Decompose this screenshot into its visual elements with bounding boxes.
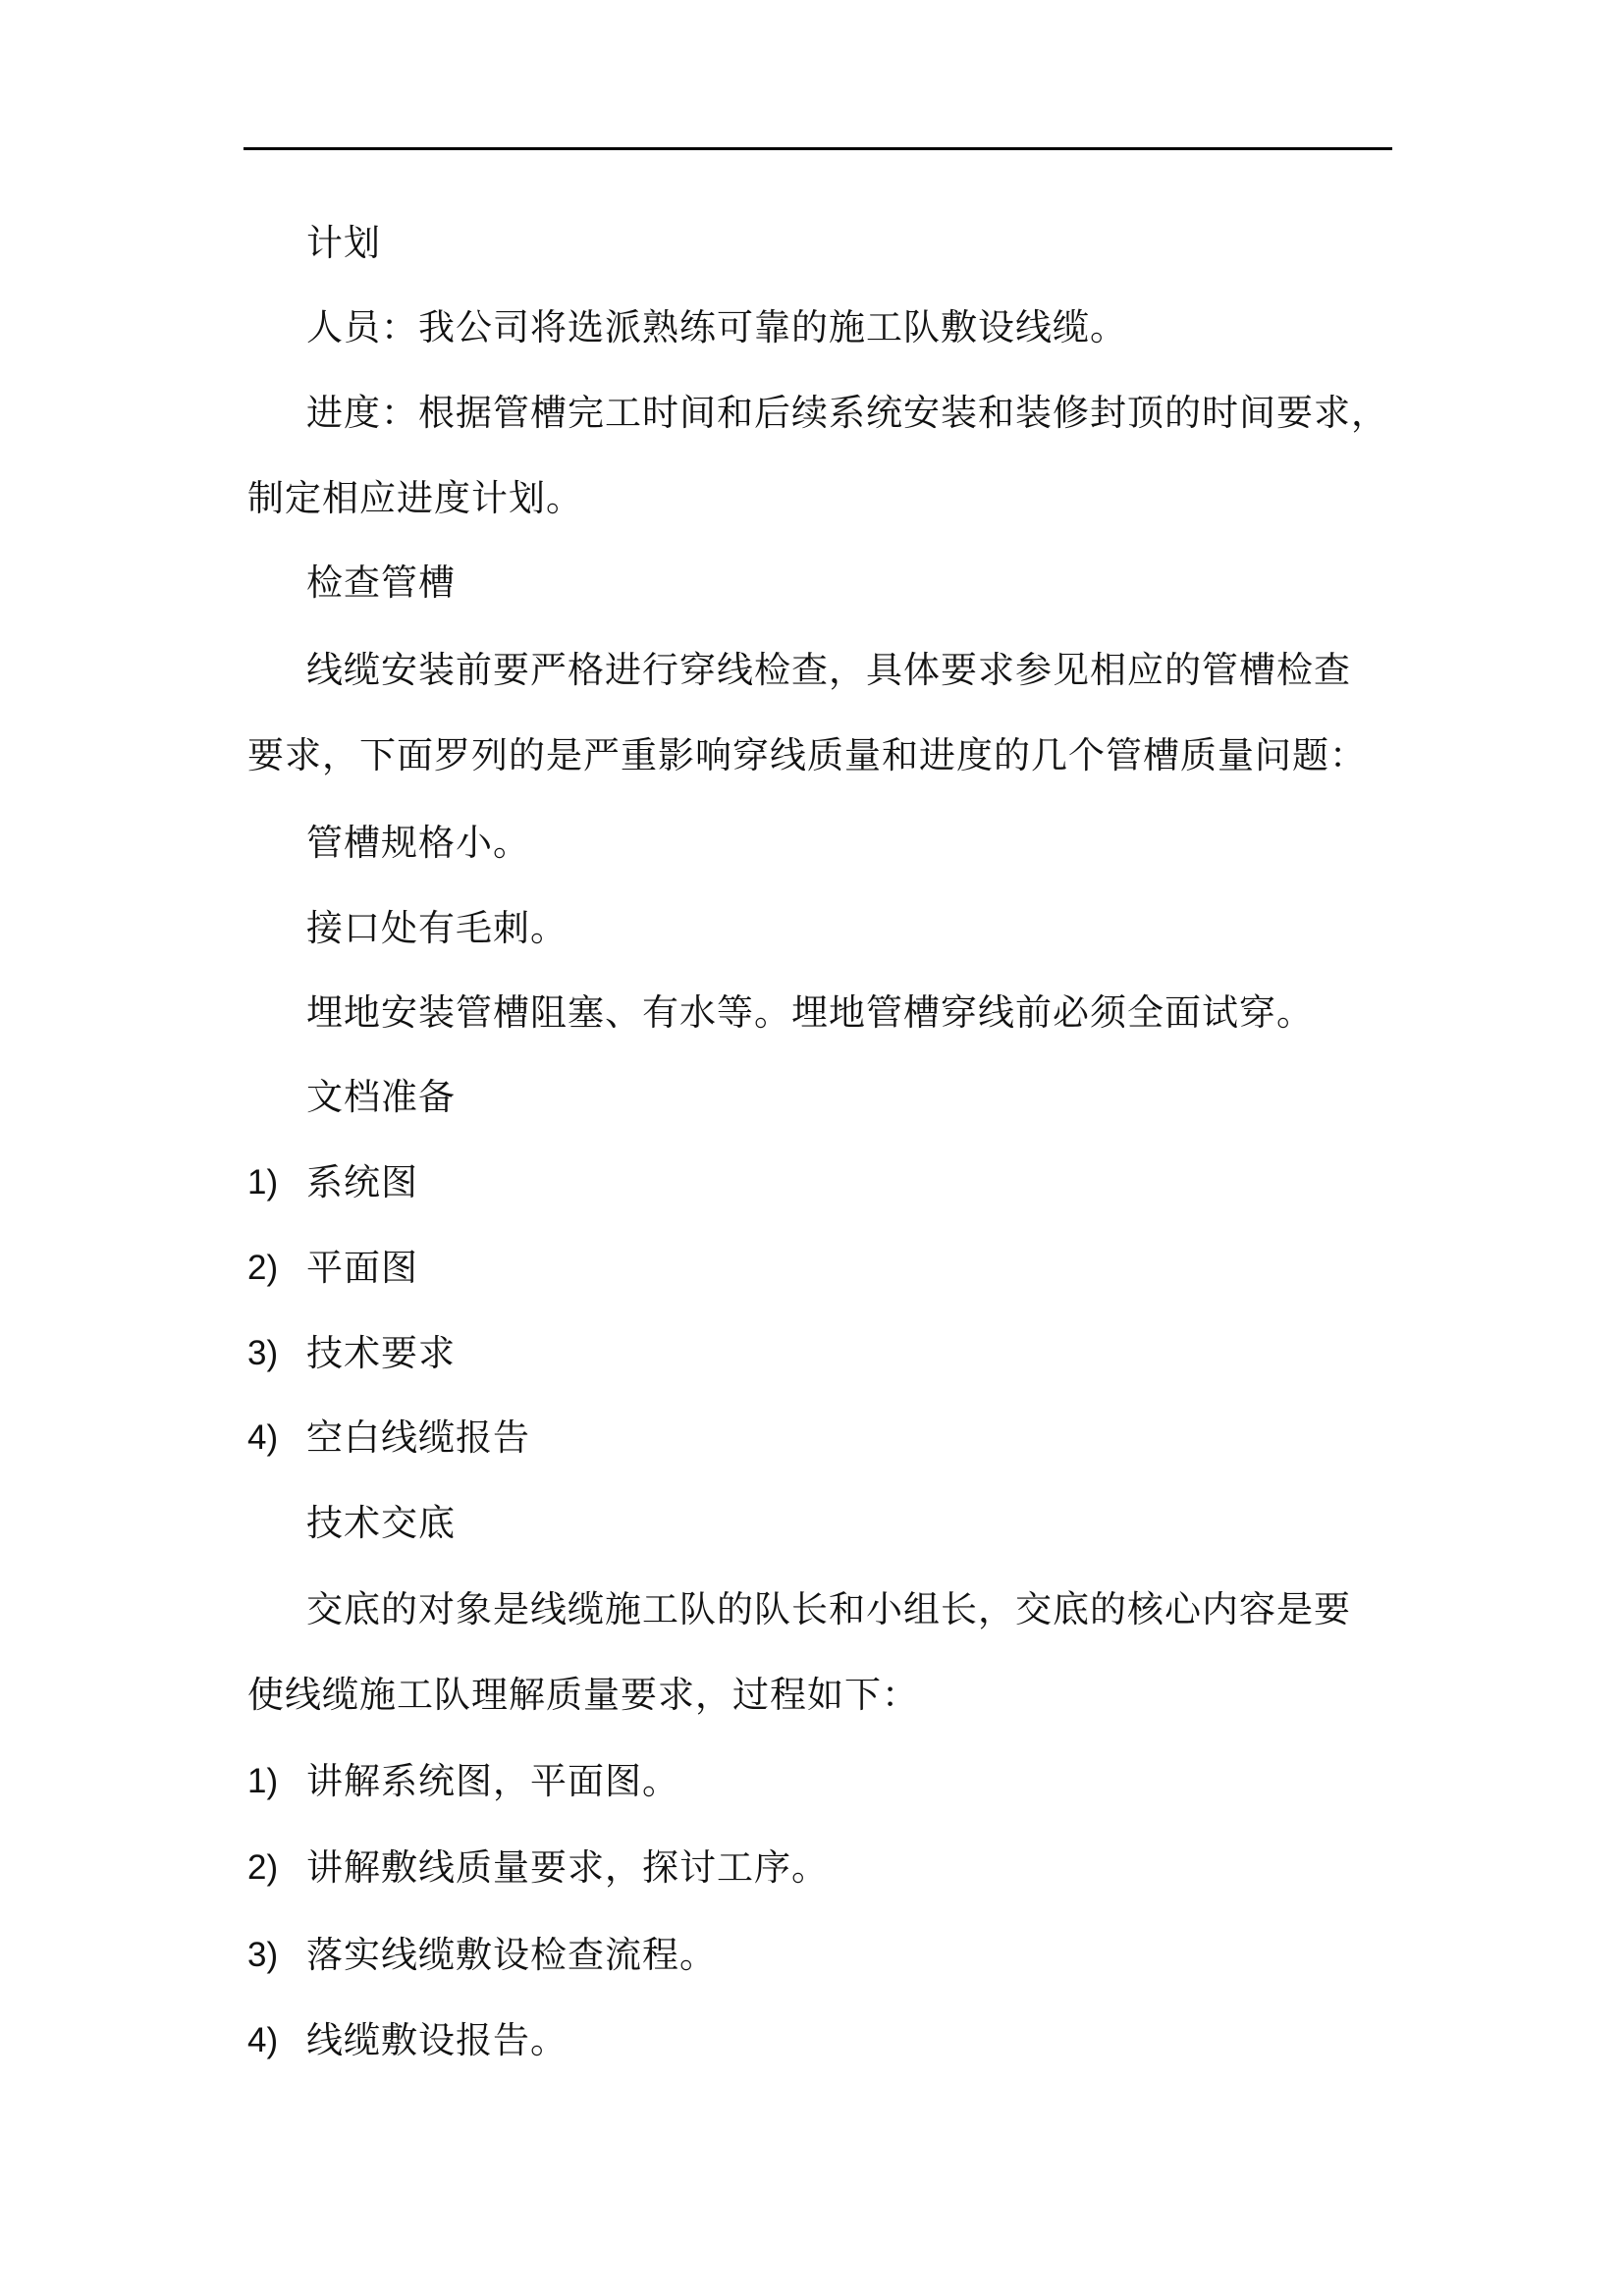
list-item: 讲解敷线质量要求，探讨工序。 — [306, 1846, 829, 1890]
list-number: 2) — [247, 1247, 278, 1290]
heading-check-conduit: 检查管槽 — [306, 561, 1455, 605]
list-item: 平面图 — [306, 1247, 418, 1290]
list-number: 3) — [247, 1934, 278, 1977]
paragraph-check: 线缆安装前要严格进行穿线检查，具体要求参见相应的管槽检查 — [306, 649, 1455, 692]
list-item: 系统图 — [306, 1161, 418, 1204]
list-item: 空白线缆报告 — [306, 1416, 530, 1460]
list-item: 技术要求 — [306, 1332, 456, 1375]
heading-tech-briefing: 技术交底 — [306, 1502, 1455, 1545]
issue-small-size: 管槽规格小。 — [306, 822, 1455, 865]
list-number: 1) — [247, 1760, 278, 1803]
list-number: 2) — [247, 1846, 278, 1890]
list-number: 3) — [247, 1332, 278, 1375]
paragraph-briefing-cont: 使线缆施工队理解质量要求，过程如下： — [247, 1674, 1396, 1717]
list-item: 讲解系统图，平面图。 — [306, 1760, 679, 1803]
issue-burrs: 接口处有毛刺。 — [306, 907, 1455, 950]
list-number: 1) — [247, 1161, 278, 1204]
paragraph-personnel: 人员：我公司将选派熟练可靠的施工队敷设线缆。 — [306, 306, 1455, 349]
issue-buried-blocked: 埋地安装管槽阻塞、有水等。埋地管槽穿线前必须全面试穿。 — [306, 991, 1455, 1035]
header-rule — [244, 147, 1392, 150]
list-item: 线缆敷设报告。 — [306, 2019, 568, 2062]
heading-document-prep: 文档准备 — [306, 1076, 1455, 1119]
heading-plan: 计划 — [306, 222, 1455, 265]
paragraph-check-cont: 要求，下面罗列的是严重影响穿线质量和进度的几个管槽质量问题： — [247, 734, 1396, 777]
paragraph-schedule: 进度：根据管槽完工时间和后续系统安装和装修封顶的时间要求， — [306, 392, 1455, 435]
paragraph-briefing: 交底的对象是线缆施工队的队长和小组长，交底的核心内容是要 — [306, 1588, 1455, 1631]
list-number: 4) — [247, 1416, 278, 1460]
list-item: 落实线缆敷设检查流程。 — [306, 1934, 717, 1977]
list-number: 4) — [247, 2019, 278, 2062]
paragraph-schedule-cont: 制定相应进度计划。 — [247, 477, 1396, 520]
